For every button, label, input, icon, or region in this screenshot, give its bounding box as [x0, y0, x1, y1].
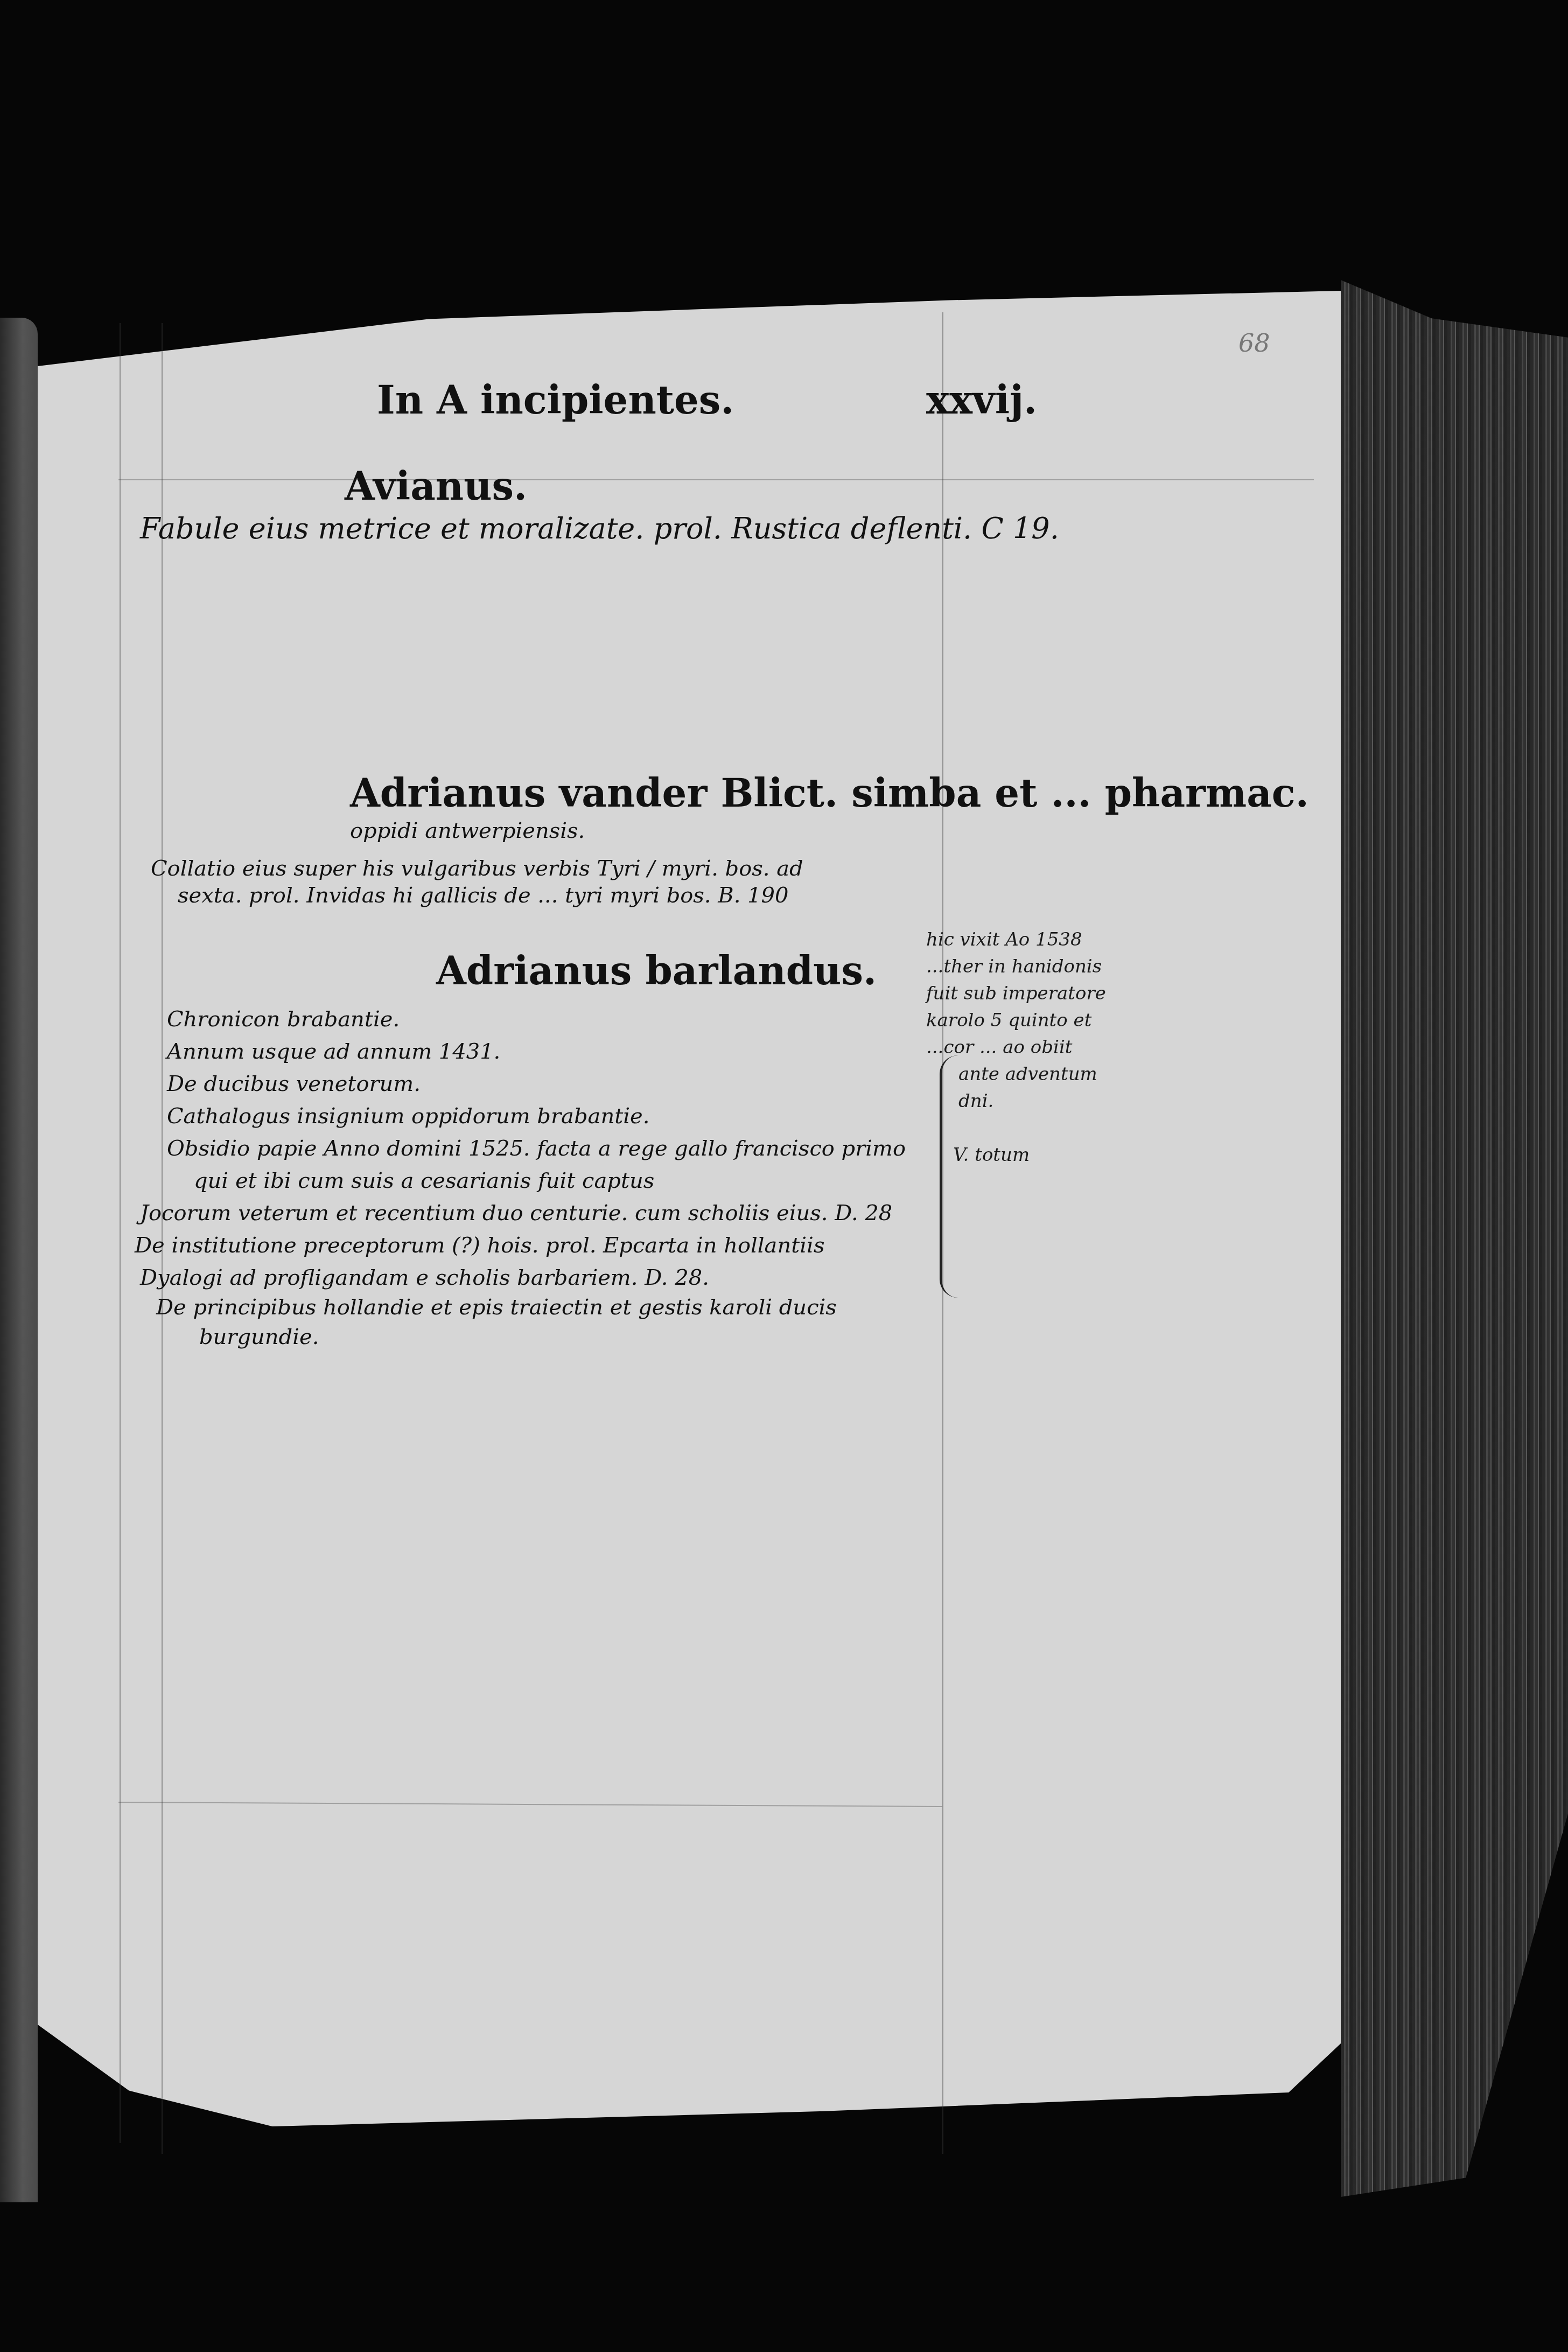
- entry-line: Jocorum veterum et recentium duo centuri…: [140, 1201, 892, 1226]
- margin-note-line: hic vixit Ao 1538: [926, 926, 1106, 953]
- running-title: In A incipientes.: [377, 377, 734, 423]
- entry-heading: Avianus.: [345, 463, 527, 509]
- margin-note-line: V. totum: [926, 1142, 1106, 1168]
- left-page-edge: [0, 318, 38, 2202]
- entry-line: qui et ibi cum suis a cesarianis fuit ca…: [194, 1168, 654, 1193]
- entry-line: sexta. prol. Invidas hi gallicis de ... …: [178, 883, 788, 908]
- entry-line: Fabule eius metrice et moralizate. prol.…: [140, 512, 1059, 545]
- margin-note-line: [926, 1115, 1106, 1142]
- leaf-number: xxvij.: [926, 377, 1037, 423]
- book-fore-edge: [1341, 280, 1568, 2197]
- entry-line: De ducibus venetorum.: [167, 1072, 421, 1096]
- folio-number: 68: [1238, 328, 1270, 358]
- entry-line: Chronicon brabantie.: [167, 1007, 400, 1032]
- margin-note-line: dni.: [926, 1088, 1106, 1115]
- margin-note-line: ...cor ... ao obiit: [926, 1034, 1106, 1061]
- entry-line: Dyalogi ad profligandam e scholis barbar…: [140, 1265, 709, 1290]
- margin-note: hic vixit Ao 1538 ...ther in hanidonis f…: [926, 926, 1106, 1168]
- entry-line: Collatio eius super his vulgaribus verbi…: [151, 856, 803, 881]
- ruling-line-left-outer: [120, 323, 121, 2143]
- margin-note-line: ...ther in hanidonis: [926, 953, 1106, 980]
- entry-line: burgundie.: [199, 1325, 319, 1349]
- entry-line: Annum usque ad annum 1431.: [167, 1039, 500, 1064]
- entry-line: Cathalogus insignium oppidorum brabantie…: [167, 1104, 649, 1129]
- ruling-line-top: [118, 479, 1314, 480]
- entry-heading-continued: oppidi antwerpiensis.: [350, 818, 585, 843]
- entry-line: De principibus hollandie et epis traiect…: [156, 1295, 837, 1320]
- entry-line: Obsidio papie Anno domini 1525. facta a …: [167, 1136, 906, 1161]
- entry-heading: Adrianus vander Blict. simba et ... phar…: [350, 770, 1309, 816]
- margin-note-line: fuit sub imperatore: [926, 980, 1106, 1007]
- margin-note-line: karolo 5 quinto et: [926, 1007, 1106, 1034]
- entry-line: De institutione preceptorum (?) hois. pr…: [135, 1233, 824, 1258]
- entry-heading: Adrianus barlandus.: [436, 948, 877, 993]
- margin-note-line: ante adventum: [926, 1061, 1106, 1088]
